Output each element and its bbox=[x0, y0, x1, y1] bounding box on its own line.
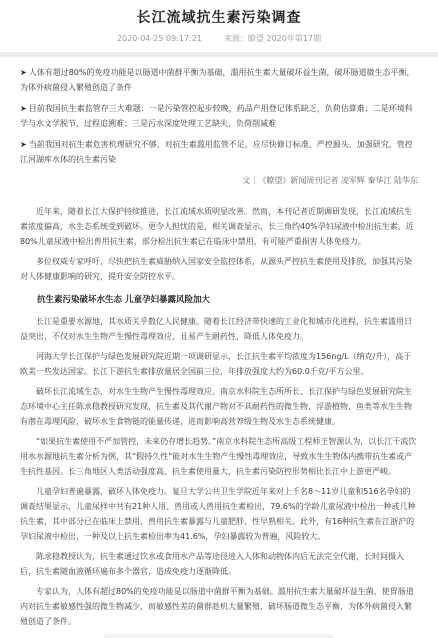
summary-bullet: ➤人体有超过80%的免疫功能是以肠道中菌群平衡为基础，滥用抗生素大量破坏益生菌，… bbox=[20, 65, 418, 95]
source-label: 来源：瞭望 2020年第17期 bbox=[224, 34, 321, 43]
body-paragraph: “如果抗生素使用不严加管控，未来仍存增长趋势。”南京水科院生态所高级工程师王智源… bbox=[20, 434, 418, 479]
summary-bullet-text: 人体有超过80%的免疫功能是以肠道中菌群平衡为基础，滥用抗生素大量破坏益生菌，破… bbox=[20, 68, 414, 92]
page-title: 长江流域抗生素污染调查 bbox=[0, 9, 438, 27]
section-heading: 抗生素污染破坏水生态 儿童孕妇暴露风险加大 bbox=[20, 293, 418, 308]
intro-paragraph: 多位权威专家呼吁，尽快把抗生素威胁纳入国家安全监控体系，从源头严控抗生素使用及排… bbox=[20, 254, 418, 284]
summary-bullet: ➤目前我国抗生素监管存三大难题：一是污染管控起步较晚，药品产用登记体系缺乏，负荷… bbox=[20, 101, 418, 131]
body-paragraph: 河海大学长江保护与绿色发展研究院近期一项调研显示，长江抗生素平均浓度为156ng… bbox=[20, 349, 418, 379]
article-page: 长江流域抗生素污染调查 2020-04-25 09:17:21来源：瞭望 202… bbox=[0, 0, 438, 638]
body-paragraph: 长江是重要水源地，其水质关乎数亿人民健康。随着长江经济带快速的工业化和城市化进程… bbox=[20, 314, 418, 344]
body-paragraph: 陈求稳教授认为，抗生素通过饮水或食用水产品等途径进入人体和动物体内后无法完全代谢… bbox=[20, 549, 418, 579]
article-header: 长江流域抗生素污染调查 2020-04-25 09:17:21来源：瞭望 202… bbox=[0, 0, 438, 44]
bottom-cutoff-bar bbox=[104, 634, 334, 638]
intro-paragraph: 近年来，随着长江大保护持续推进，长江流域水质明显改善。然而，本刊记者近期调研发现… bbox=[20, 204, 418, 249]
arrow-bullet-icon: ➤ bbox=[20, 104, 27, 113]
byline: 文｜《瞭望》新闻周刊记者 凌军辉 秦华江 陆华东 bbox=[20, 173, 418, 188]
article-body: ➤人体有超过80%的免疫功能是以肠道中菌群平衡为基础，滥用抗生素大量破坏益生菌，… bbox=[0, 57, 438, 638]
body-paragraph: 儿童孕妇普遍暴露、破坏人体免疫力。复旦大学公共卫生学院近年来对上千名8～11岁儿… bbox=[20, 484, 418, 544]
body-paragraph: 专家认为，人体有超过80%的免疫功能是以肠道中菌群平衡为基础。滥用抗生素大量破坏… bbox=[20, 584, 418, 629]
body-paragraph: 破坏长江流域生态，对水生生物产生慢性毒理效应。南京水科院生态所所长、长江保护与绿… bbox=[20, 384, 418, 429]
arrow-bullet-icon: ➤ bbox=[20, 68, 27, 77]
summary-bullet: ➤当前我国对抗生素危害机理研究不够，对抗生素滥用监管不足，应尽快修订标准、严控源… bbox=[20, 137, 418, 167]
summary-bullet-text: 目前我国抗生素监管存三大难题：一是污染管控起步较晚，药品产用登记体系缺乏，负荷估… bbox=[20, 104, 413, 128]
article-meta: 2020-04-25 09:17:21来源：瞭望 2020年第17期 bbox=[0, 34, 438, 44]
publish-timestamp: 2020-04-25 09:17:21 bbox=[117, 34, 202, 43]
summary-bullet-text: 当前我国对抗生素危害机理研究不够，对抗生素滥用监管不足，应尽快修订标准、严控源头… bbox=[20, 140, 413, 164]
arrow-bullet-icon: ➤ bbox=[20, 140, 27, 149]
